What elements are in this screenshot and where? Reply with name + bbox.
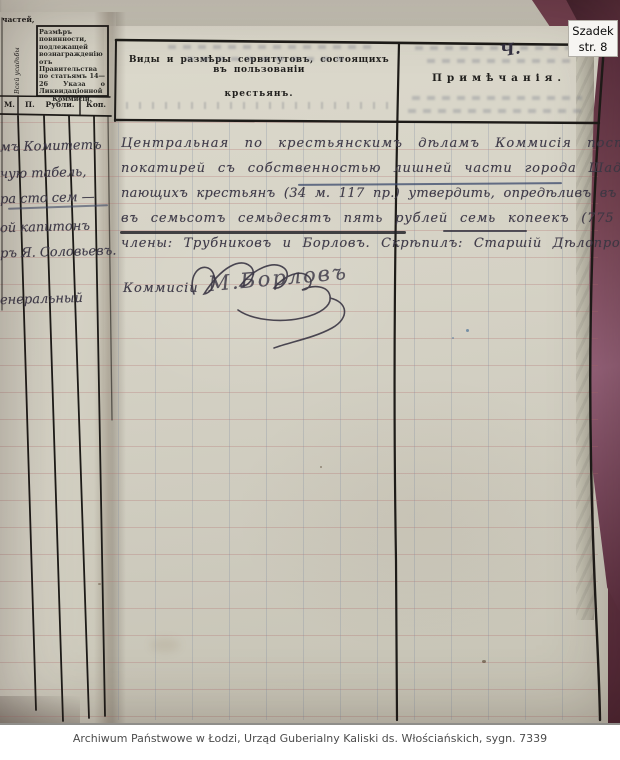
dirt-speck bbox=[320, 466, 322, 468]
bleed-smudge bbox=[186, 57, 348, 61]
ink-speck bbox=[466, 329, 469, 332]
dirt-speck bbox=[482, 660, 486, 663]
handwriting-line: въ семьсотъ семьдесятъ пять рублей семь … bbox=[121, 211, 620, 226]
handwritten-page-mark: Ч. bbox=[499, 38, 522, 60]
ink-underline bbox=[443, 230, 527, 232]
bleed-smudge bbox=[412, 96, 582, 100]
bleed-smudge bbox=[415, 46, 579, 50]
ink-underline bbox=[120, 231, 406, 234]
left-handwriting-line: мъ Комитетъ bbox=[0, 138, 102, 156]
handwriting-line: пающихъ крестьянъ (34 м. 117 пр.) утверд… bbox=[121, 186, 620, 201]
left-page-fragment: частей, bbox=[2, 15, 35, 24]
bleed-smudge bbox=[126, 102, 390, 109]
unit-p-label: П. bbox=[25, 100, 35, 109]
left-handwriting-line: ой капитонъ bbox=[0, 219, 90, 236]
bleed-smudge bbox=[408, 109, 586, 113]
signature-flourish bbox=[186, 252, 386, 352]
left-handwriting-line: чую табель, bbox=[0, 165, 87, 182]
remarks-header: Примѣчанія. bbox=[402, 72, 596, 84]
bleed-smudge bbox=[168, 45, 372, 49]
left-handwriting-line: ръ Я. Соловьевъ. bbox=[0, 243, 117, 261]
archive-photo: частей, Размѣръ повинности, подлежащей в… bbox=[0, 0, 620, 723]
page-label-line2: str. 8 bbox=[569, 39, 617, 55]
left-handwriting-line: енеральный bbox=[0, 291, 83, 308]
left-handwriting-line: ра сто сем — bbox=[0, 190, 95, 207]
page-label: Szadek str. 8 bbox=[568, 20, 618, 57]
paper-stain bbox=[150, 638, 180, 652]
unit-m-label: М. bbox=[4, 100, 15, 109]
handwriting-line: Центральная по крестьянскимъ дѣламъ Комм… bbox=[121, 136, 620, 151]
page-label-line1: Szadek bbox=[569, 23, 617, 39]
unit-rubles-label: Рубли. bbox=[42, 100, 78, 109]
vertical-column-label: Всей усадьбы bbox=[13, 47, 21, 94]
caption-text: Archiwum Państwowe w Łodzi, Urząd Guberi… bbox=[0, 732, 620, 745]
liquidation-column-header: Размѣръ повинности, подлежащей вознаграж… bbox=[39, 29, 105, 93]
dirt-speck bbox=[98, 583, 101, 585]
servitudes-header-line2: крестьянъ. bbox=[128, 89, 390, 99]
ink-speck bbox=[452, 337, 454, 339]
unit-kop-label: Коп. bbox=[84, 100, 108, 109]
handwriting-line: покатирей съ собственностью лишней части… bbox=[121, 161, 620, 176]
caption-bar: Archiwum Państwowe w Łodzi, Urząd Guberi… bbox=[0, 723, 620, 760]
handwriting-line: члены: Трубниковъ и Борловъ. Скрѣпилъ: С… bbox=[121, 236, 620, 251]
